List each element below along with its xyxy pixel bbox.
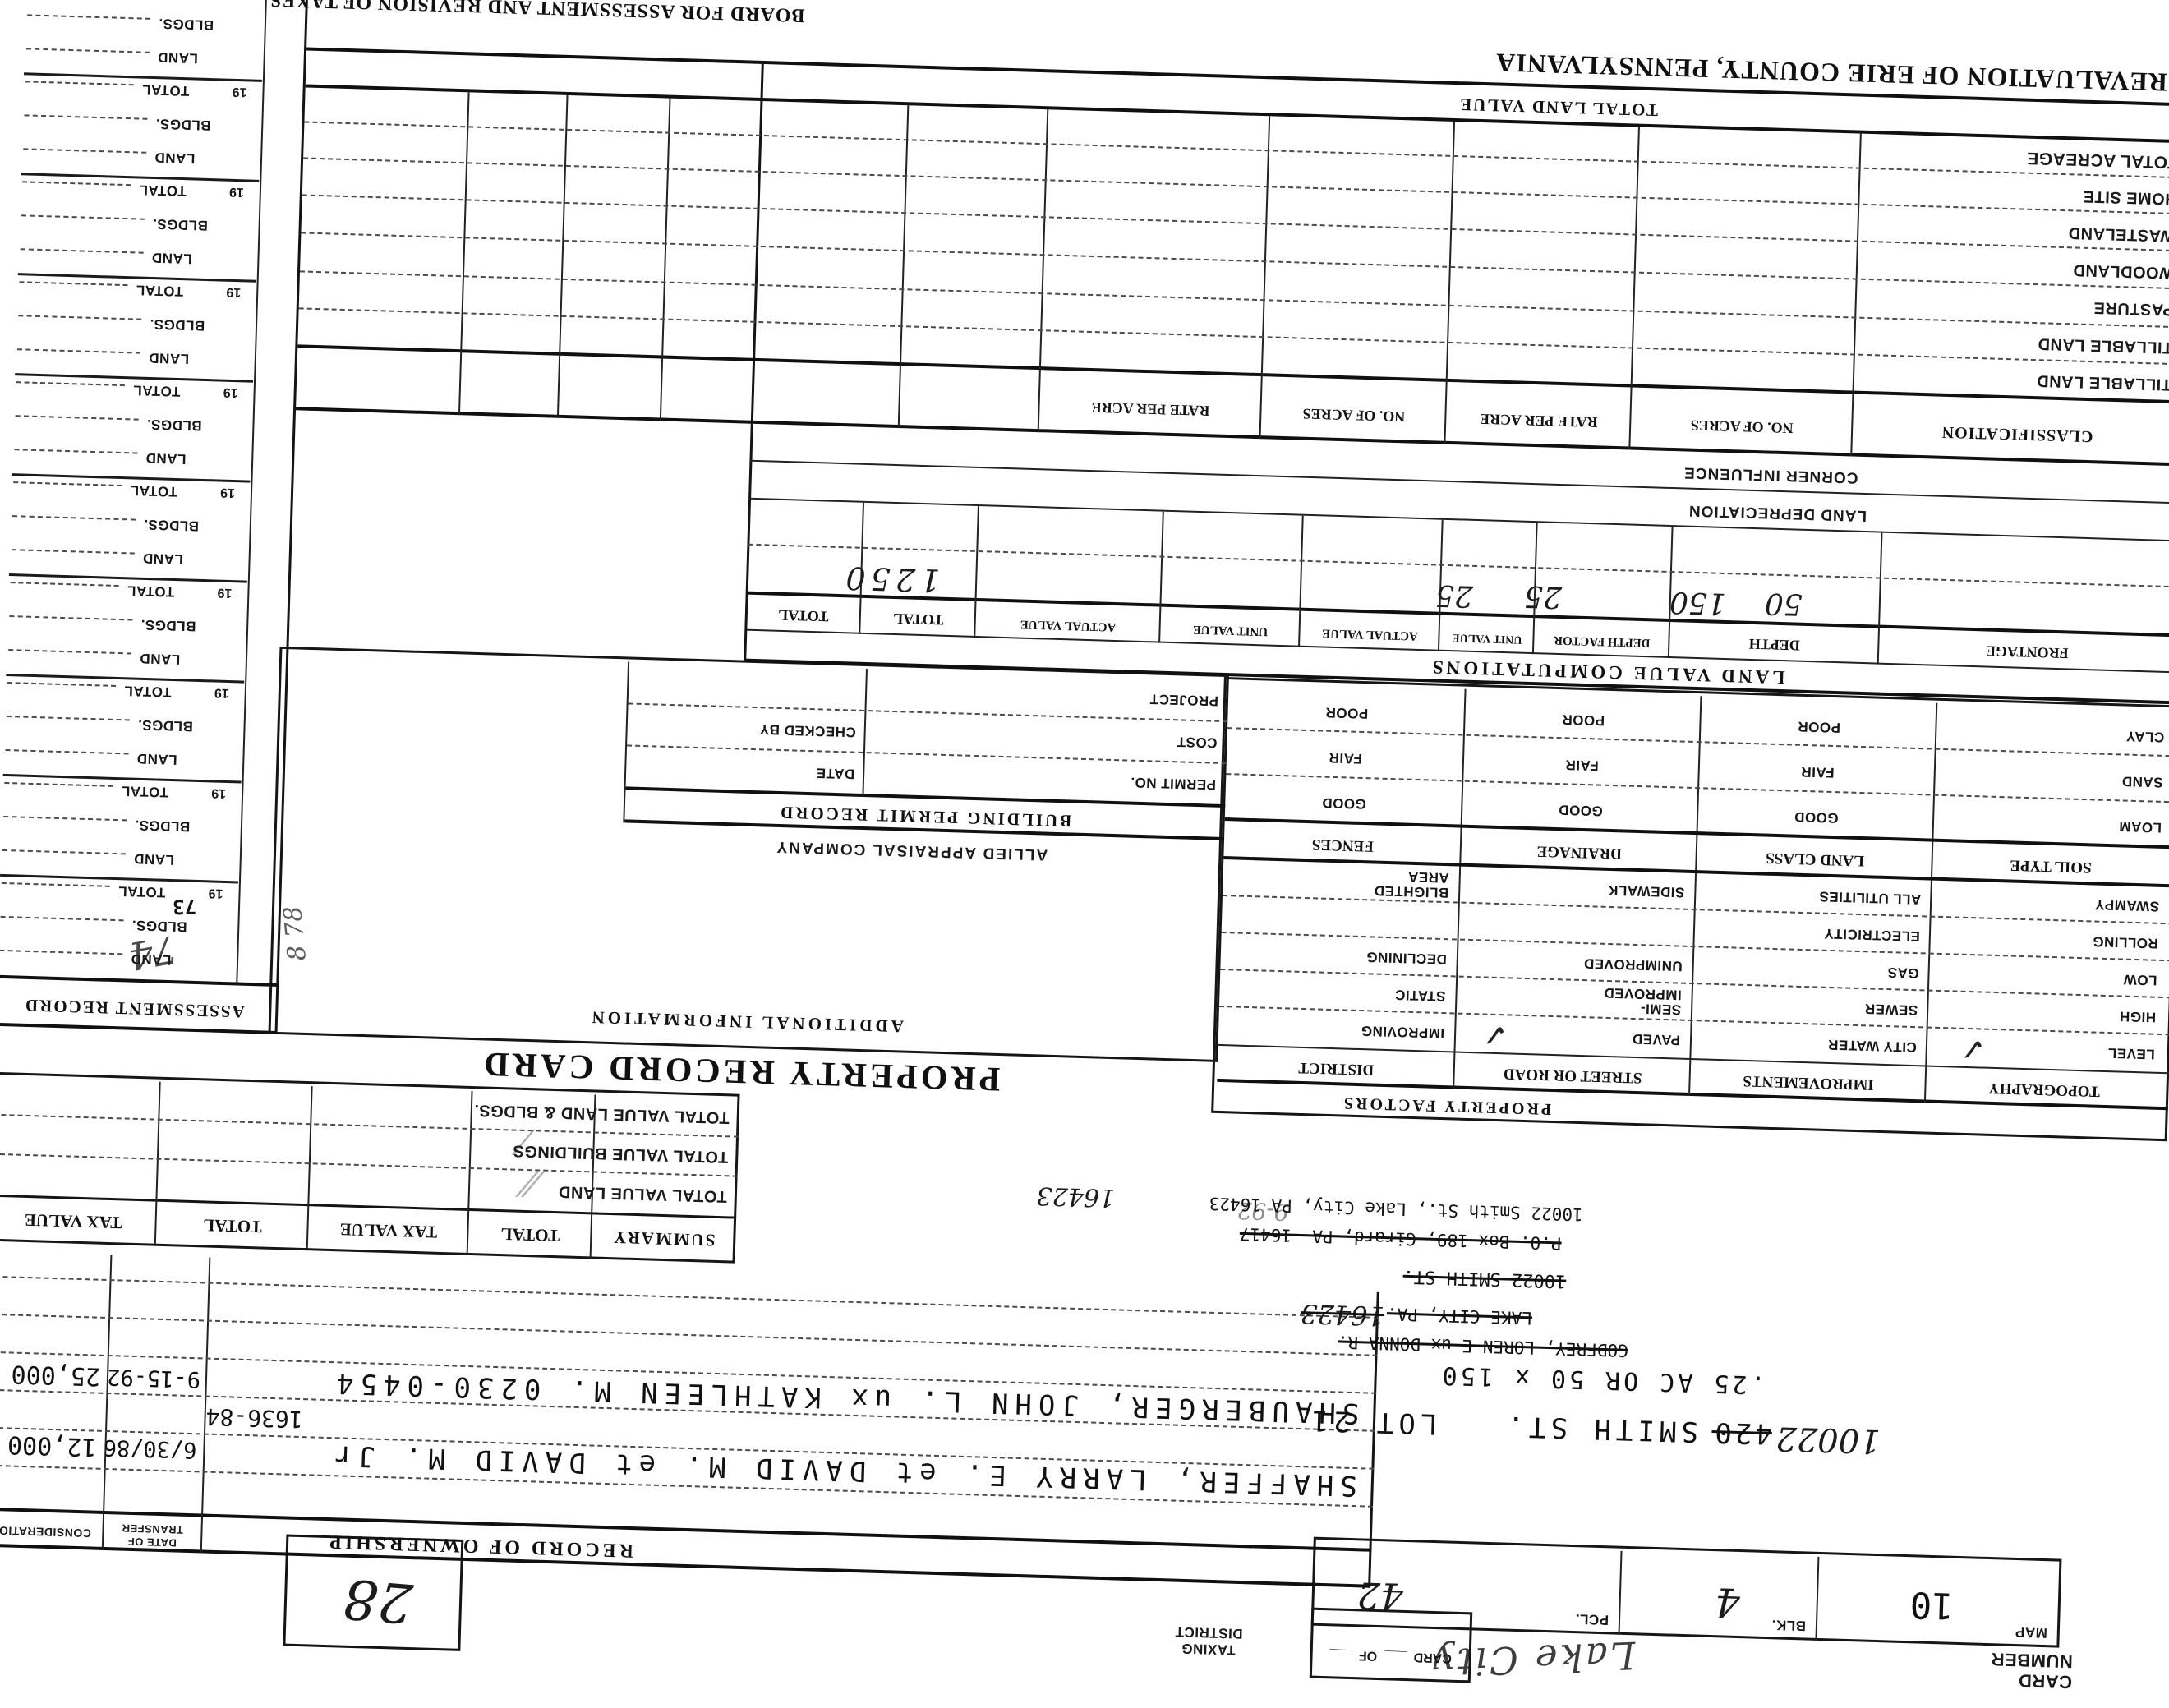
land-label: LAND <box>140 647 246 670</box>
entry-line <box>21 248 144 253</box>
classification-col-rule <box>898 105 910 428</box>
classification-row-label: PASTURE <box>2093 297 2169 319</box>
entry-line <box>24 114 147 119</box>
pencil-mark: ⁄⁄ <box>523 1163 536 1204</box>
checkmark: ✓ <box>1956 1030 1989 1066</box>
zip-handwritten-floating: 16423 <box>1036 1181 1115 1212</box>
classification-row-rule <box>302 194 2169 251</box>
assessment-row: BLDGS. <box>1 809 240 850</box>
classification-row-label: WASTELAND <box>2068 223 2169 245</box>
sheet-number: 28 <box>341 1567 415 1636</box>
assessment-group: LAND BLDGS. 19TOTAL <box>15 273 256 383</box>
factor-item: PAVED <box>1632 1030 1680 1048</box>
land-label: LAND <box>157 45 263 68</box>
parcel-size: .25 AC OR 50 x 150 <box>1439 1360 1766 1399</box>
classification-row-rule <box>299 307 2169 365</box>
entry-line <box>2 849 126 854</box>
assessment-row: LAND <box>0 843 239 884</box>
factor-item: SEMI-IMPROVED <box>1574 984 1682 1017</box>
land-depreciation-top-rule <box>749 498 2169 542</box>
transfer-date: 9-15-92 <box>107 1364 201 1392</box>
factor-item: UNIMPROVED <box>1583 955 1683 974</box>
frontage-value: 50 <box>1764 586 1803 620</box>
year-prefix: 19 <box>211 781 226 800</box>
entry-line <box>2 882 110 887</box>
date-note-handwritten: 9-92 <box>1236 1197 1289 1226</box>
cost-label: COST <box>1177 733 1218 750</box>
assessment-title: ASSESSMENT RECORD <box>0 994 274 1023</box>
footer-board: BOARD FOR ASSESSMENT AND REVISION OF TAX… <box>269 0 805 25</box>
year-prefix: 19 <box>223 381 238 400</box>
old-street-struck: 10022 SMITH ST. <box>1402 1266 1566 1291</box>
bldgs-label: BLDGS. <box>135 813 241 836</box>
entry-line <box>3 816 127 821</box>
owner-name: SHAFFER, LARRY E. et DAVID M. et DAVID M… <box>328 1439 1357 1502</box>
consideration-amount: 12,000 <box>7 1429 97 1461</box>
land-label: LAND <box>145 446 251 469</box>
classification-col-header: CLASSIFICATION <box>1853 420 2169 449</box>
actual-value: 25 <box>1435 578 1474 613</box>
entry-line <box>27 14 150 19</box>
entry-line <box>0 950 122 955</box>
entry-line <box>8 649 131 654</box>
entry-line <box>25 81 134 85</box>
factor-item: STATIC <box>1394 986 1445 1004</box>
assessment-group: LAND BLDGS. 19TOTAL <box>18 173 260 283</box>
entry-line <box>13 481 122 486</box>
computations-col-header: DEPTH <box>1669 633 1880 656</box>
classification-row-label: TILLABLE LAND <box>2036 371 2169 394</box>
land-label: LAND <box>136 747 242 770</box>
classification-col-rule <box>557 95 569 418</box>
land-label: LAND <box>151 246 257 269</box>
assessment-group: LAND BLDGS. 19TOTAL <box>21 72 262 182</box>
map-label: MAP <box>2015 1623 2047 1641</box>
assessment-group: LAND BLDGS. 19TOTAL <box>24 0 265 82</box>
assessment-row: BLDGS. <box>16 308 255 349</box>
computations-col-header: TOTAL <box>861 609 977 629</box>
assessment-row: LAND <box>12 442 251 483</box>
assessment-row: BLDGS. <box>10 509 249 550</box>
year-prefix: 19 <box>226 281 241 300</box>
old-po-box-struck: P.O. Box 189, Girard, PA 16417 <box>1239 1224 1561 1254</box>
classification-col-rule <box>1850 134 1862 457</box>
classification-row-label: HOME SITE <box>2083 186 2169 208</box>
year-prefix: 19 <box>214 682 229 701</box>
bldgs-label: BLDGS. <box>155 112 261 135</box>
entry-line <box>17 348 140 353</box>
corner-influence-top-rule <box>750 460 2169 504</box>
entry-line <box>16 381 125 386</box>
factor-item: HIGH <box>2119 1007 2156 1024</box>
land-label: LAND <box>142 546 248 569</box>
assessment-group: LAND BLDGS. 19TOTAL <box>0 774 242 884</box>
assessment-row: BLDGS. <box>19 208 258 249</box>
previous-owner-struck: GODFREY, LOREN E ux DONNA R. <box>1338 1332 1629 1360</box>
entry-line <box>18 315 141 320</box>
factor-item: SIDEWALK <box>1607 882 1684 900</box>
factor-item: ELECTRICITY <box>1824 925 1920 944</box>
computations-col-header: DEPTH FACTOR <box>1534 632 1669 650</box>
classification-row-rule <box>303 157 2169 214</box>
card-of-blank2: ___ <box>1329 1647 1356 1662</box>
total-label: TOTAL <box>121 779 207 801</box>
soil-item: LOAM <box>2119 817 2162 836</box>
computations-col-header: FRONTAGE <box>1879 639 2169 665</box>
classification-col-rule <box>1038 109 1049 432</box>
deed-book-page: 1636-84 <box>205 1403 303 1433</box>
total-label: TOTAL <box>141 78 228 100</box>
entry-line <box>11 582 119 587</box>
total-value: 1250 <box>840 559 941 599</box>
project-label: PROJECT <box>1149 690 1218 708</box>
pencil-mark: ⁄ <box>520 1121 527 1162</box>
depth-value: 150 <box>1669 585 1727 620</box>
land-label: LAND <box>133 847 239 870</box>
assessment-row: BLDGS. <box>7 609 246 650</box>
entry-line <box>23 148 146 153</box>
classification-row-label: WOODLAND <box>2073 260 2169 282</box>
entry-line <box>7 716 130 720</box>
total-acreage-label: TOTAL ACREAGE <box>2026 148 2169 172</box>
summary-total-header: TOTAL <box>468 1222 592 1246</box>
entry-line <box>22 181 131 186</box>
entry-line <box>4 782 113 787</box>
total-land-value-top-rule <box>306 84 2169 143</box>
blk-value: 4 <box>1714 1578 1740 1625</box>
bldgs-label: BLDGS. <box>152 212 258 235</box>
year-stamp: 73 <box>173 895 197 918</box>
computations-col-header: ACTUAL VALUE <box>975 615 1160 635</box>
taxing-district-label: TAXING DISTRICT <box>1159 1622 1259 1658</box>
assessment-group: LAND BLDGS. 19TOTAL <box>12 373 254 483</box>
situs-old-number-struck: 420 <box>1711 1416 1773 1450</box>
assessment-row: BLDGS. <box>4 709 243 750</box>
classification-col-rule <box>1444 122 1455 444</box>
classification-col-rule <box>1259 116 1271 439</box>
year-prefix: 19 <box>220 481 235 500</box>
card-number-label: CARD NUMBER <box>1957 1647 2073 1676</box>
assessment-group: LAND BLDGS. 19TOTAL <box>3 674 245 784</box>
classification-row-label: TILLABLE LAND <box>2038 334 2169 357</box>
permit-no-label: PERMIT NO. <box>1131 774 1217 793</box>
map-value: 10 <box>1909 1583 1954 1627</box>
classification-header-bottom-rule <box>297 344 2169 403</box>
entry-line <box>6 749 129 754</box>
property-record-card-scan: CARD NUMBER MAP 10 BLK. 4 PCL. 42 CARD _… <box>0 0 2169 1676</box>
entry-line <box>1 916 124 921</box>
assessment-group: LAND BLDGS. 19TOTAL <box>6 573 247 684</box>
land-label: LAND <box>149 346 255 369</box>
computations-col-header: UNIT VALUE <box>1160 621 1300 639</box>
factor-item: LEVEL <box>2107 1044 2155 1062</box>
soil-item: CLAY <box>2125 728 2164 745</box>
unit-value: 25 <box>1524 579 1563 614</box>
factor-item: DECLINING <box>1366 948 1448 967</box>
ownership-amount-col-rule <box>102 1255 113 1550</box>
bldgs-label: BLDGS. <box>140 613 246 636</box>
land-label: LAND <box>154 145 260 168</box>
entry-line <box>19 281 127 286</box>
assessment-row: LAND <box>6 642 245 684</box>
blk-label: BLK. <box>1771 1616 1806 1633</box>
assessment-row: BLDGS. <box>0 909 237 951</box>
footer-revaluation: REVALUATION OF ERIE COUNTY, PENNSYLVANIA <box>1495 47 2168 97</box>
bldgs-label: BLDGS. <box>150 312 256 335</box>
factor-item: LOW <box>2123 971 2157 988</box>
bldgs-label: BLDGS. <box>144 513 250 536</box>
factor-item: ALL UTILITIES <box>1819 888 1922 908</box>
factor-item: GAS <box>1887 964 1919 981</box>
entry-line <box>12 515 136 520</box>
zip-handwritten-on-line: 16423 <box>1301 1298 1385 1332</box>
of-label: OF <box>1359 1648 1378 1663</box>
assessment-row: LAND <box>9 542 248 583</box>
total-label: TOTAL <box>127 578 213 601</box>
taxing-district-stamp: Lake City <box>1430 1633 1637 1676</box>
year-scribble: 8 78 <box>279 905 312 962</box>
total-label: TOTAL <box>124 679 210 701</box>
assessment-row: BLDGS. <box>25 7 264 48</box>
factor-item: SEWER <box>1864 1000 1918 1018</box>
consideration-amount: 25,000 <box>11 1360 100 1391</box>
computations-right-edge <box>744 64 764 662</box>
factor-item: SWAMPY <box>2094 896 2159 914</box>
ownership-date-col-label: DATE OF TRANSFER <box>105 1521 200 1550</box>
corner-influence-label: CORNER INFLUENCE <box>1683 463 1858 486</box>
entry-line <box>21 214 145 219</box>
computations-col-header: TOTAL <box>746 605 862 626</box>
situs-street-lot: SMITH ST. LOT 21 <box>1306 1403 1698 1448</box>
assessment-header-top-rule <box>0 1023 278 1034</box>
year-scribble: 74 <box>125 927 180 979</box>
assessment-group: LAND BLDGS. 19TOTAL <box>0 874 238 984</box>
old-city-struck: LAKE CITY, PA. <box>1387 1304 1533 1328</box>
year-prefix: 19 <box>229 181 244 200</box>
assessment-row: LAND <box>24 41 263 82</box>
assessment-row: BLDGS. <box>22 108 261 149</box>
bldgs-label: BLDGS. <box>146 412 252 435</box>
entry-line <box>26 48 150 53</box>
total-label: TOTAL <box>133 378 219 400</box>
factor-item: BLIGHTED AREA <box>1350 868 1449 900</box>
soil-item: SAND <box>2121 772 2163 790</box>
classification-col-header: RATE PER ACRE <box>1446 409 1632 432</box>
assessment-group: LAND BLDGS. 19TOTAL <box>9 473 251 583</box>
classification-col-header: RATE PER ACRE <box>1039 397 1262 421</box>
land-depreciation-label: LAND DEPRECIATION <box>1688 501 1867 524</box>
computations-col-header: UNIT VALUE <box>1439 630 1534 646</box>
year-prefix: 19 <box>208 882 223 900</box>
total-label: TOTAL <box>139 178 225 200</box>
assessment-row: LAND <box>21 141 260 182</box>
entry-line <box>9 615 132 620</box>
factor-item: CITY WATER <box>1827 1036 1917 1055</box>
assessment-row: LAND <box>18 242 257 283</box>
transfer-date: 6/30/86 <box>103 1434 197 1462</box>
assessment-row: LAND <box>0 943 236 984</box>
classification-col-header: NO. OF ACRES <box>1261 403 1447 426</box>
computations-col-header: ACTUAL VALUE <box>1300 625 1439 643</box>
entry-line <box>16 415 139 420</box>
assessment-row: LAND <box>15 342 254 383</box>
checkmark: ✓ <box>1478 1016 1511 1052</box>
factor-item: ROLLING <box>2093 932 2159 951</box>
total-label: TOTAL <box>130 478 216 500</box>
classification-row-rule <box>304 121 2169 178</box>
year-prefix: 19 <box>232 81 246 99</box>
bldgs-label: BLDGS. <box>159 12 265 35</box>
ownership-consideration-col-label: CONSIDERATION <box>0 1524 101 1540</box>
situs-house-number-handwritten: 10022 <box>1775 1419 1881 1460</box>
year-prefix: 19 <box>217 582 232 601</box>
entry-line <box>12 549 135 554</box>
checked-by-label: CHECKED BY <box>759 720 856 739</box>
summary-col-header: SUMMARY <box>592 1226 736 1250</box>
classification-col-rule <box>1628 127 1640 450</box>
classification-col-header: NO. OF ACRES <box>1631 415 1854 439</box>
card-of-blank1: ___ <box>1380 1649 1410 1664</box>
entry-line <box>7 682 116 687</box>
entry-line <box>14 449 137 453</box>
classification-col-rule <box>660 99 671 421</box>
assessment-row: BLDGS. <box>13 408 252 449</box>
permit-date-label: DATE <box>816 764 855 781</box>
classification-col-rule <box>458 92 470 415</box>
pcl-label: PCL. <box>1575 1610 1609 1627</box>
factor-item: IMPROVING <box>1361 1022 1444 1041</box>
total-label: TOTAL <box>136 278 222 300</box>
bldgs-label: BLDGS. <box>137 713 243 736</box>
assessment-row: LAND <box>3 743 242 784</box>
